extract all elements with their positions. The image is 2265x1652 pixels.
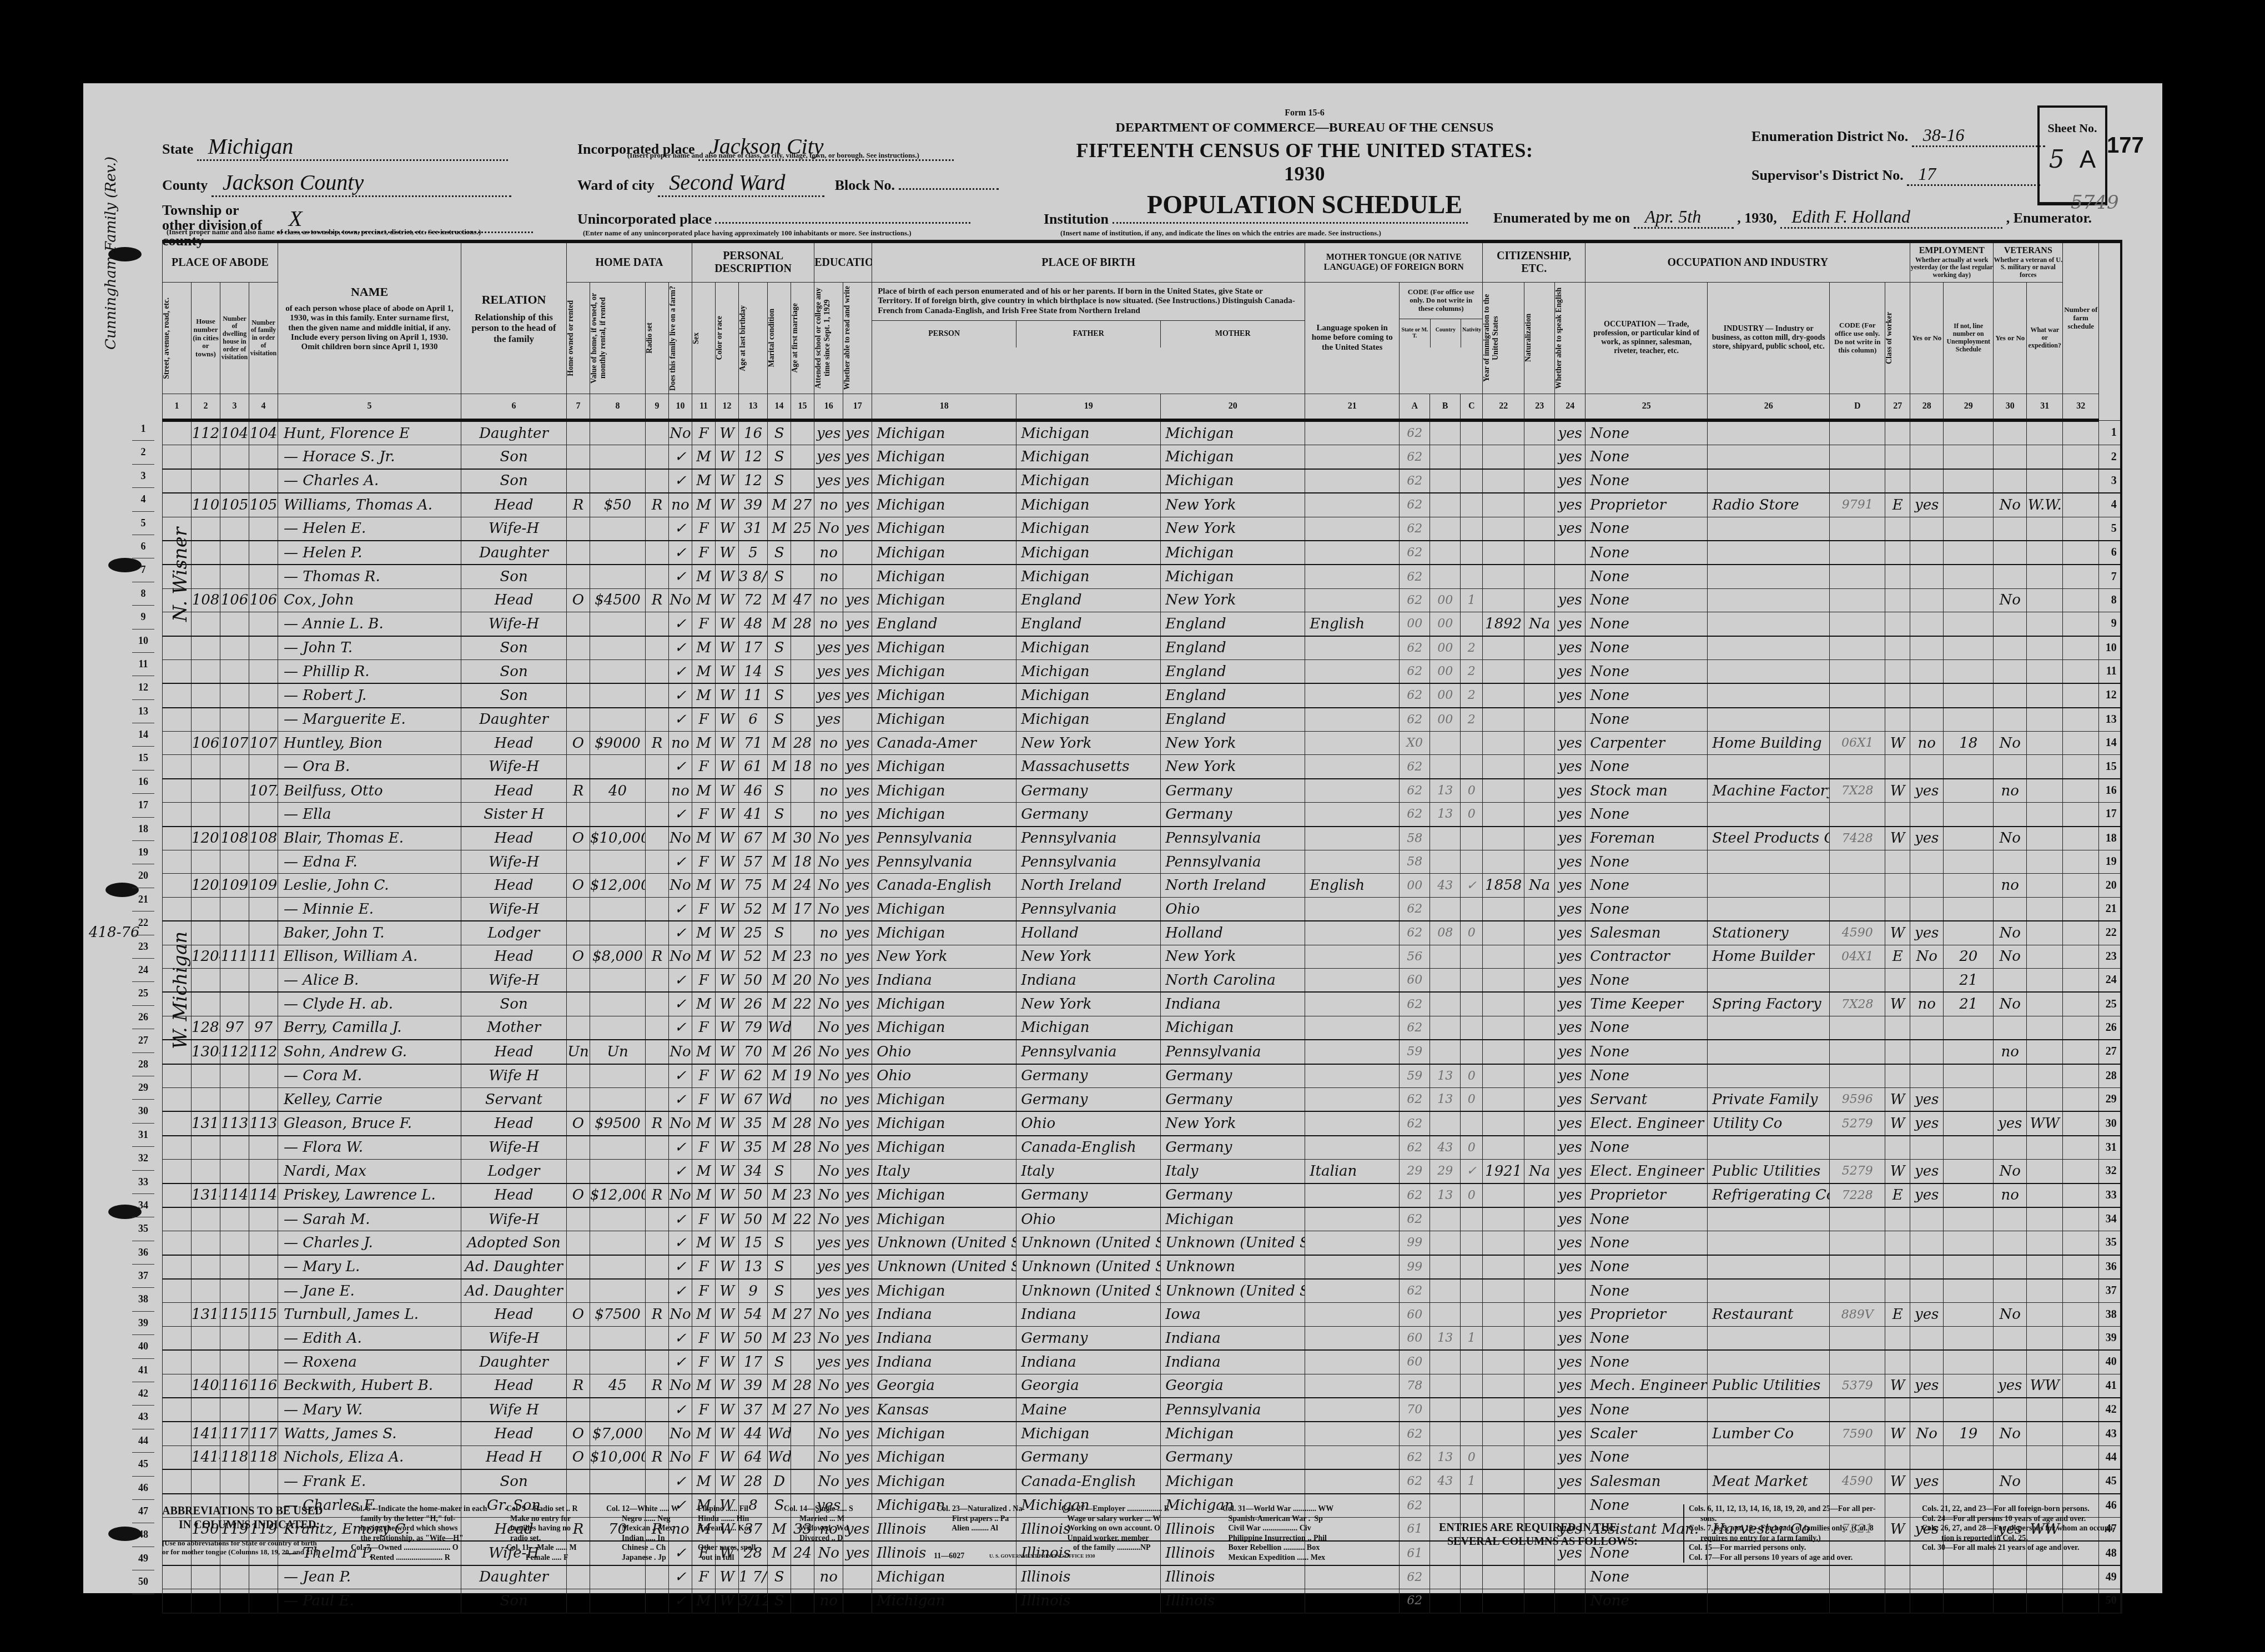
mother-birthplace-cell: Georgia xyxy=(1161,1374,1305,1398)
code-a-cell: 78 xyxy=(1400,1374,1430,1398)
class-of-worker-cell xyxy=(1885,636,1910,660)
col31-legend: Col. 31—World War ............ WW Spanis… xyxy=(1222,1504,1333,1563)
age-cell: 44 xyxy=(739,1422,768,1445)
farm-schedule-cell xyxy=(2063,1064,2099,1088)
age-marriage-cell: 28 xyxy=(791,732,814,755)
family-number-cell: 112 xyxy=(249,1040,278,1064)
radio-cell xyxy=(646,827,669,850)
family-number-cell: 105 xyxy=(249,493,278,517)
code-b-cell xyxy=(1430,1231,1461,1255)
father-birthplace-cell: Michigan xyxy=(1016,541,1161,565)
home-value-cell: $10,000 xyxy=(590,1445,646,1469)
family-number-cell: 109 xyxy=(249,874,278,897)
marital-cell: M xyxy=(768,755,791,779)
at-work-cell xyxy=(1910,541,1944,565)
occupation-code-cell: 5379 xyxy=(1830,1374,1885,1398)
marital-cell: M xyxy=(768,827,791,850)
code-c-cell xyxy=(1461,992,1483,1016)
race-cell: W xyxy=(716,493,739,517)
read-write-cell: yes xyxy=(843,659,872,683)
farm-cell: ✓ xyxy=(669,1064,692,1088)
street-cell xyxy=(163,1422,192,1445)
family-number-cell xyxy=(249,659,278,683)
col14-legend: Col. 14—Single ..... S Married ... M Wid… xyxy=(784,1504,853,1543)
radio-cell: R xyxy=(646,1111,669,1135)
person-name-cell: Gleason, Bruce F. xyxy=(278,1111,461,1135)
person-name-cell: Priskey, Lawrence L. xyxy=(278,1183,461,1207)
veteran-cell xyxy=(1994,565,2027,588)
family-number-cell: 118 xyxy=(249,1445,278,1469)
naturalization-cell xyxy=(1524,755,1555,779)
birthplace-cell: Michigan xyxy=(872,803,1016,827)
dwelling-number-cell xyxy=(220,1469,249,1493)
unemployment-line-cell xyxy=(1944,1279,1994,1303)
unemployment-line-cell xyxy=(1944,1111,1994,1135)
father-birthplace-cell: Illinois xyxy=(1016,1589,1161,1613)
industry-cell xyxy=(1708,1064,1830,1088)
school-cell: no xyxy=(814,803,843,827)
war-cell xyxy=(2027,732,2063,755)
street-cell xyxy=(163,565,192,588)
school-cell: No xyxy=(814,1469,843,1493)
birthplace-cell: Michigan xyxy=(872,1279,1016,1303)
occupation-code-cell xyxy=(1830,683,1885,707)
code-b-cell: 08 xyxy=(1430,921,1461,945)
census-row: 1204111111Ellison, William A.HeadO$8,000… xyxy=(163,945,2121,968)
house-number-cell: 1402 xyxy=(192,1374,220,1398)
naturalization-cell xyxy=(1524,1087,1555,1111)
age-cell: 31 xyxy=(739,517,768,541)
street-cell xyxy=(163,612,192,636)
occupation-cell: None xyxy=(1585,1350,1708,1374)
father-birthplace-cell: Michigan xyxy=(1016,708,1161,732)
read-write-cell: yes xyxy=(843,850,872,874)
war-cell xyxy=(2027,827,2063,850)
house-number-cell: 1414 xyxy=(192,1445,220,1469)
age-marriage-cell xyxy=(791,1160,814,1183)
school-cell: yes xyxy=(814,1255,843,1279)
radio-cell xyxy=(646,1398,669,1422)
code-a-cell: 62 xyxy=(1400,1087,1430,1111)
mother-birthplace-cell: Germany xyxy=(1161,1087,1305,1111)
war-cell xyxy=(2027,897,2063,921)
class-of-worker-cell: W xyxy=(1885,1374,1910,1398)
father-birthplace-cell: Michigan xyxy=(1016,1422,1161,1445)
radio-cell xyxy=(646,992,669,1016)
race-cell: W xyxy=(716,1326,739,1350)
read-write-cell: yes xyxy=(843,992,872,1016)
house-number-cell xyxy=(192,921,220,945)
read-write-cell: yes xyxy=(843,1326,872,1350)
farm-schedule-cell xyxy=(2063,1469,2099,1493)
father-birthplace-cell: Michigan xyxy=(1016,517,1161,541)
naturalization-cell xyxy=(1524,1303,1555,1326)
veteran-cell: No xyxy=(1994,588,2027,612)
code-b-cell: 43 xyxy=(1430,874,1461,897)
left-line-number: 5 xyxy=(132,512,154,535)
school-cell: no xyxy=(814,565,843,588)
race-cell: W xyxy=(716,1350,739,1374)
immigration-year-cell xyxy=(1483,588,1524,612)
relation-cell: Head xyxy=(461,493,567,517)
code-b-cell xyxy=(1430,541,1461,565)
at-work-cell xyxy=(1910,1398,1944,1422)
code-a-cell: 62 xyxy=(1400,1422,1430,1445)
age-cell: 50 xyxy=(739,1183,768,1207)
speaks-english-cell: yes xyxy=(1555,469,1585,493)
war-cell xyxy=(2027,1398,2063,1422)
code-b-cell xyxy=(1430,850,1461,874)
page-pencil-number: 5749 xyxy=(2071,192,2119,214)
class-of-worker-cell: W xyxy=(1885,992,1910,1016)
home-owned-cell xyxy=(567,708,590,732)
language-cell xyxy=(1305,732,1400,755)
line-number: 16 xyxy=(2099,779,2121,803)
age-marriage-cell: 28 xyxy=(791,1374,814,1398)
speaks-english-cell: yes xyxy=(1555,445,1585,469)
home-owned-cell xyxy=(567,445,590,469)
language-cell xyxy=(1305,1111,1400,1135)
language-cell xyxy=(1305,469,1400,493)
speaks-english-cell xyxy=(1555,541,1585,565)
sex-cell: M xyxy=(692,732,716,755)
census-row: — Charles J.Adopted Son✓MW15SyesyesUnkno… xyxy=(163,1231,2121,1255)
veteran-cell xyxy=(1994,708,2027,732)
language-cell xyxy=(1305,1207,1400,1231)
person-name-cell: — Frank E. xyxy=(278,1469,461,1493)
street-cell xyxy=(163,636,192,660)
birthplace-cell: Michigan xyxy=(872,897,1016,921)
home-value-cell: $50 xyxy=(590,493,646,517)
abbreviations-footer: ABBREVIATIONS TO BE USED IN COLUMNS INDI… xyxy=(162,1499,2102,1585)
home-value-cell xyxy=(590,1231,646,1255)
home-owned-cell: R xyxy=(567,1374,590,1398)
code-c-cell xyxy=(1461,732,1483,755)
column-number: 3 xyxy=(220,394,249,421)
left-line-number: 8 xyxy=(132,582,154,606)
dwelling-number-cell xyxy=(220,1087,249,1111)
war-cell xyxy=(2027,1326,2063,1350)
code-c-cell xyxy=(1461,1255,1483,1279)
census-row: — Alice B.Wife-H✓FW50M20NoyesIndianaIndi… xyxy=(163,968,2121,992)
occupation-cell: None xyxy=(1585,588,1708,612)
code-c-cell: 0 xyxy=(1461,1136,1483,1160)
father-birthplace-cell: New York xyxy=(1016,992,1161,1016)
home-owned-cell: O xyxy=(567,588,590,612)
language-cell xyxy=(1305,541,1400,565)
code-b-cell: 00 xyxy=(1430,708,1461,732)
language-cell xyxy=(1305,1422,1400,1445)
immigration-year-cell xyxy=(1483,1136,1524,1160)
language-cell xyxy=(1305,1136,1400,1160)
column-number: 29 xyxy=(1944,394,1994,421)
left-line-number: 31 xyxy=(132,1124,154,1147)
immigration-year-cell xyxy=(1483,1040,1524,1064)
at-work-cell xyxy=(1910,897,1944,921)
mother-birthplace-cell: Pennsylvania xyxy=(1161,1040,1305,1064)
left-line-number: 19 xyxy=(132,841,154,864)
census-row: 1412117117Watts, James S.HeadO$7,000NoMW… xyxy=(163,1422,2121,1445)
dwelling-number-cell xyxy=(220,1398,249,1422)
language-cell xyxy=(1305,708,1400,732)
family-number-cell: 104 xyxy=(249,420,278,445)
radio-cell xyxy=(646,1136,669,1160)
occupation-cell: Proprietor xyxy=(1585,1183,1708,1207)
immigration-year-cell xyxy=(1483,1350,1524,1374)
marital-cell: M xyxy=(768,732,791,755)
language-cell xyxy=(1305,803,1400,827)
column-number: 31 xyxy=(2027,394,2063,421)
class-of-worker-cell xyxy=(1885,1040,1910,1064)
birthplace-cell: Michigan xyxy=(872,1207,1016,1231)
code-c-cell xyxy=(1461,493,1483,517)
farm-schedule-cell xyxy=(2063,493,2099,517)
line-number: 50 xyxy=(2099,1589,2121,1613)
line-number: 33 xyxy=(2099,1183,2121,1207)
line-number: 8 xyxy=(2099,588,2121,612)
speaks-english-cell: yes xyxy=(1555,517,1585,541)
race-cell: W xyxy=(716,1469,739,1493)
abbreviations-title: ABBREVIATIONS TO BE USED IN COLUMNS INDI… xyxy=(162,1504,323,1532)
dwelling-number-cell xyxy=(220,683,249,707)
radio-cell xyxy=(646,803,669,827)
street-cell xyxy=(163,445,192,469)
birthplace-cell: England xyxy=(872,612,1016,636)
naturalization-cell xyxy=(1524,779,1555,803)
abbreviations-note: [Use no abbreviations for State or count… xyxy=(162,1539,318,1557)
occupation-code-cell xyxy=(1830,1207,1885,1231)
language-cell xyxy=(1305,588,1400,612)
speaks-english-cell: yes xyxy=(1555,1207,1585,1231)
relation-cell: Wife-H xyxy=(461,897,567,921)
marital-cell: S xyxy=(768,541,791,565)
age-cell: 48 xyxy=(739,612,768,636)
line-number: 39 xyxy=(2099,1326,2121,1350)
farm-cell: No xyxy=(669,827,692,850)
enumerated-date: Apr. 5th xyxy=(1634,206,1734,229)
census-row: 112104104Hunt, Florence EDaughterNoFW16S… xyxy=(163,420,2121,445)
code-a-cell: 60 xyxy=(1400,968,1430,992)
sex-cell: M xyxy=(692,945,716,968)
farm-schedule-cell xyxy=(2063,803,2099,827)
code-b-cell: 13 xyxy=(1430,779,1461,803)
line-number: 15 xyxy=(2099,755,2121,779)
read-write-cell: yes xyxy=(843,1398,872,1422)
line-number: 40 xyxy=(2099,1350,2121,1374)
relation-cell: Wife H xyxy=(461,1398,567,1422)
person-name-cell: Huntley, Bion xyxy=(278,732,461,755)
home-owned-cell xyxy=(567,1160,590,1183)
dwelling-number-cell xyxy=(220,803,249,827)
street-cell xyxy=(163,1183,192,1207)
sex-cell: M xyxy=(692,565,716,588)
veteran-cell: no xyxy=(1994,1040,2027,1064)
farm-schedule-cell xyxy=(2063,968,2099,992)
home-value-cell xyxy=(590,708,646,732)
marital-cell: M xyxy=(768,1064,791,1088)
unemployment-line-cell xyxy=(1944,1445,1994,1469)
population-table: PLACE OF ABODE NAME of each person whose… xyxy=(162,240,2122,1614)
speaks-english-cell: yes xyxy=(1555,1255,1585,1279)
code-a-cell: 62 xyxy=(1400,1136,1430,1160)
code-a-cell: 62 xyxy=(1400,708,1430,732)
language-cell xyxy=(1305,1087,1400,1111)
occupation-code-cell: 7428 xyxy=(1830,827,1885,850)
war-cell xyxy=(2027,1303,2063,1326)
language-cell xyxy=(1305,636,1400,660)
school-cell: No xyxy=(814,1111,843,1135)
dwelling-number-cell: 114 xyxy=(220,1183,249,1207)
immigration-year-cell xyxy=(1483,1445,1524,1469)
code-c-cell xyxy=(1461,945,1483,968)
unemployment-line-cell xyxy=(1944,827,1994,850)
code-b-cell xyxy=(1430,1303,1461,1326)
farm-cell: ✓ xyxy=(669,469,692,493)
dwelling-number-cell xyxy=(220,1279,249,1303)
class-of-worker-cell xyxy=(1885,1255,1910,1279)
industry-cell: Home Builder xyxy=(1708,945,1830,968)
occupation-cell: None xyxy=(1585,565,1708,588)
county-field: County Jackson County xyxy=(162,169,511,197)
farm-cell: ✓ xyxy=(669,1589,692,1613)
line-number: 18 xyxy=(2099,827,2121,850)
father-birthplace-cell: Michigan xyxy=(1016,420,1161,445)
school-cell: No xyxy=(814,1136,843,1160)
war-cell xyxy=(2027,755,2063,779)
class-of-worker-cell xyxy=(1885,803,1910,827)
line-number: 38 xyxy=(2099,1303,2121,1326)
industry-cell: Steel Products Co. xyxy=(1708,827,1830,850)
header-relation: RELATION Relationship of this person to … xyxy=(461,241,567,394)
house-number-cell xyxy=(192,683,220,707)
immigration-year-cell xyxy=(1483,1255,1524,1279)
immigration-year-cell xyxy=(1483,683,1524,707)
industry-cell: Restaurant xyxy=(1708,1303,1830,1326)
father-birthplace-cell: England xyxy=(1016,588,1161,612)
immigration-year-cell xyxy=(1483,1207,1524,1231)
farm-cell: No xyxy=(669,1111,692,1135)
code-c-cell xyxy=(1461,469,1483,493)
left-line-number: 45 xyxy=(132,1453,154,1476)
relation-cell: Head xyxy=(461,779,567,803)
radio-cell xyxy=(646,659,669,683)
home-owned-cell xyxy=(567,1279,590,1303)
left-line-number: 4 xyxy=(132,488,154,511)
speaks-english-cell: yes xyxy=(1555,1136,1585,1160)
at-work-cell xyxy=(1910,1350,1944,1374)
farm-schedule-cell xyxy=(2063,683,2099,707)
code-b-cell xyxy=(1430,897,1461,921)
home-owned-cell: R xyxy=(567,779,590,803)
industry-cell xyxy=(1708,897,1830,921)
sex-cell: M xyxy=(692,1231,716,1255)
farm-cell: ✓ xyxy=(669,1087,692,1111)
at-work-cell: yes xyxy=(1910,1183,1944,1207)
street-cell xyxy=(163,1136,192,1160)
line-number: 21 xyxy=(2099,897,2121,921)
group-place-of-birth: PLACE OF BIRTH xyxy=(872,241,1305,283)
naturalization-cell xyxy=(1524,921,1555,945)
code-a-cell: 62 xyxy=(1400,588,1430,612)
race-cell: W xyxy=(716,612,739,636)
home-owned-cell: O xyxy=(567,874,590,897)
relation-cell: Wife-H xyxy=(461,612,567,636)
farm-cell: ✓ xyxy=(669,1255,692,1279)
occupation-cell: Salesman xyxy=(1585,1469,1708,1493)
read-write-cell: yes xyxy=(843,1231,872,1255)
radio-cell: R xyxy=(646,1445,669,1469)
census-row: — Annie L. B.Wife-H✓FW48M28noyesEnglandE… xyxy=(163,612,2121,636)
age-cell: 13 xyxy=(739,1255,768,1279)
occupation-code-cell xyxy=(1830,708,1885,732)
home-value-cell xyxy=(590,968,646,992)
sex-cell: F xyxy=(692,541,716,565)
veteran-cell xyxy=(1994,850,2027,874)
column-number: C xyxy=(1461,394,1483,421)
census-row: — Flora W.Wife-H✓FW35M28NoyesMichiganCan… xyxy=(163,1136,2121,1160)
at-work-cell xyxy=(1910,1255,1944,1279)
birthplace-cell: Unknown (United States) xyxy=(872,1255,1016,1279)
home-value-cell xyxy=(590,992,646,1016)
occupation-code-cell xyxy=(1830,1040,1885,1064)
naturalization-cell xyxy=(1524,445,1555,469)
home-value-cell xyxy=(590,1136,646,1160)
age-marriage-cell xyxy=(791,803,814,827)
farm-schedule-cell xyxy=(2063,1445,2099,1469)
school-cell: No xyxy=(814,827,843,850)
class-of-worker-cell: W xyxy=(1885,779,1910,803)
home-value-cell: $4500 xyxy=(590,588,646,612)
class-of-worker-cell xyxy=(1885,1589,1910,1613)
race-cell: W xyxy=(716,517,739,541)
birthplace-cell: Michigan xyxy=(872,779,1016,803)
farm-schedule-cell xyxy=(2063,827,2099,850)
language-cell xyxy=(1305,1398,1400,1422)
birthplace-cell: Georgia xyxy=(872,1374,1016,1398)
speaks-english-cell xyxy=(1555,1589,1585,1613)
column-number: 7 xyxy=(567,394,590,421)
left-line-number: 25 xyxy=(132,982,154,1005)
class-of-worker-cell: E xyxy=(1885,1303,1910,1326)
veteran-cell: No xyxy=(1994,493,2027,517)
code-a-cell: 58 xyxy=(1400,850,1430,874)
industry-cell xyxy=(1708,659,1830,683)
birthplace-cell: Michigan xyxy=(872,1445,1016,1469)
unemployment-line-cell xyxy=(1944,755,1994,779)
census-row: — Edith A.Wife-H✓FW50M23NoyesIndianaGerm… xyxy=(163,1326,2121,1350)
left-line-number: 38 xyxy=(132,1288,154,1311)
race-cell: W xyxy=(716,1087,739,1111)
person-name-cell: — Robert J. xyxy=(278,683,461,707)
left-line-number: 39 xyxy=(132,1312,154,1335)
school-cell: no xyxy=(814,588,843,612)
veteran-cell xyxy=(1994,612,2027,636)
sex-cell: F xyxy=(692,968,716,992)
street-cell xyxy=(163,1398,192,1422)
occupation-cell: None xyxy=(1585,683,1708,707)
census-row: 1414118118Nichols, Eliza A.Head HO$10,00… xyxy=(163,1445,2121,1469)
family-number-cell xyxy=(249,1231,278,1255)
occupation-cell: None xyxy=(1585,1016,1708,1040)
naturalization-cell xyxy=(1524,1469,1555,1493)
house-number-cell xyxy=(192,1207,220,1231)
read-write-cell: yes xyxy=(843,420,872,445)
naturalization-cell xyxy=(1524,827,1555,850)
dwelling-number-cell xyxy=(220,779,249,803)
immigration-year-cell xyxy=(1483,445,1524,469)
sex-cell: M xyxy=(692,1183,716,1207)
line-number: 42 xyxy=(2099,1398,2121,1422)
